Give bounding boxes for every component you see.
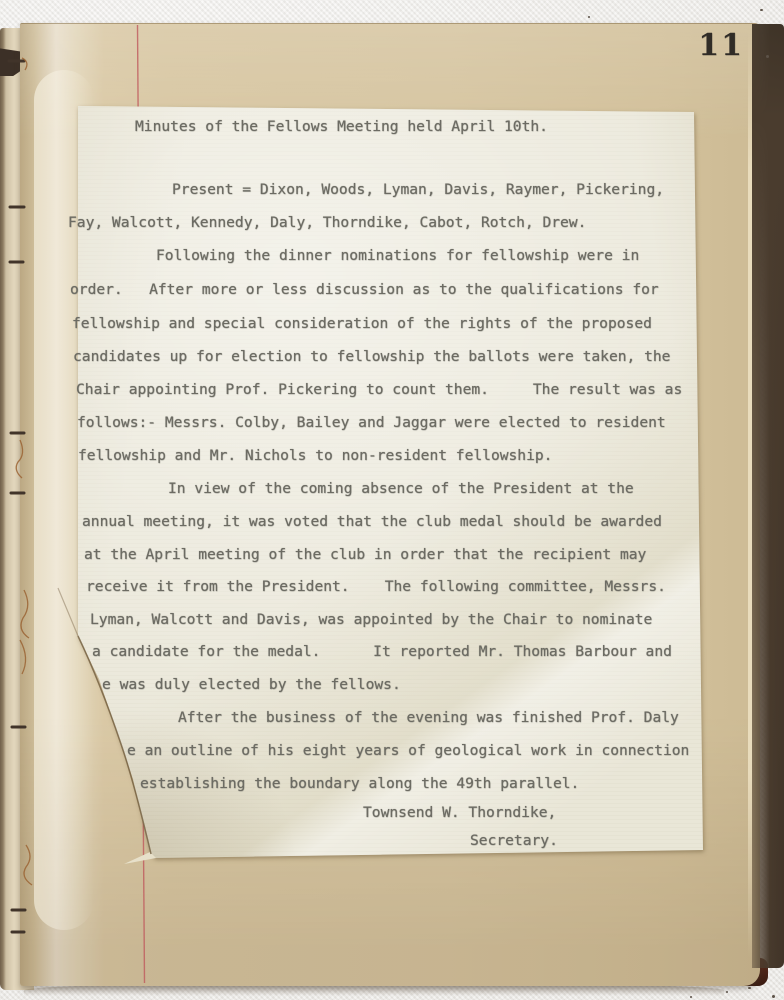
typed-text: 11 Minutes of the Fellows Meeting held A… xyxy=(0,0,784,1000)
document-title-line: Minutes of the Fellows Meeting held Apri… xyxy=(135,117,548,137)
typed-line: fellowship and special consideration of … xyxy=(72,314,652,334)
typed-line: Following the dinner nominations for fel… xyxy=(156,246,639,266)
dust-speck xyxy=(748,987,751,989)
typed-line: Chair appointing Prof. Pickering to coun… xyxy=(76,380,682,400)
typed-line: Fay, Walcott, Kennedy, Daly, Thorndike, … xyxy=(68,213,586,233)
typed-line: fellowship and Mr. Nichols to non-reside… xyxy=(78,446,552,466)
dust-speck xyxy=(588,16,590,18)
dust-speck xyxy=(760,9,763,11)
page-number: 11 xyxy=(672,30,744,62)
typed-line: annual meeting, it was voted that the cl… xyxy=(82,512,662,532)
typed-line: After the business of the evening was fi… xyxy=(178,708,679,728)
dust-speck xyxy=(690,996,692,998)
typed-line-cut-by-fold: establishing the boundary along the 49th… xyxy=(140,774,579,794)
typed-line: receive it from the President. The follo… xyxy=(86,577,666,597)
dust-speck xyxy=(726,991,728,993)
fore-edge-shadow xyxy=(752,24,784,968)
dust-speck xyxy=(766,55,769,58)
typed-line-cut-by-fold: e was duly elected by the fellows. xyxy=(102,675,401,695)
scanned-minutes-photo: 11 Minutes of the Fellows Meeting held A… xyxy=(0,0,784,1000)
typed-line: at the April meeting of the club in orde… xyxy=(84,545,646,565)
typed-line: order. After more or less discussion as … xyxy=(70,280,659,300)
signature-role-line: Secretary. xyxy=(470,831,558,851)
dust-speck xyxy=(772,995,775,998)
typed-line: In view of the coming absence of the Pre… xyxy=(168,479,634,499)
typed-line: candidates up for election to fellowship… xyxy=(73,347,670,367)
signature-name-line: Townsend W. Thorndike, xyxy=(363,803,556,823)
typed-line: follows:- Messrs. Colby, Bailey and Jagg… xyxy=(77,413,666,433)
typed-line: Present = Dixon, Woods, Lyman, Davis, Ra… xyxy=(172,180,664,200)
typed-line: Lyman, Walcott and Davis, was appointed … xyxy=(90,610,652,630)
typed-line: a candidate for the medal. It reported M… xyxy=(92,642,672,662)
typed-line-cut-by-fold: e an outline of his eight years of geolo… xyxy=(127,741,689,761)
